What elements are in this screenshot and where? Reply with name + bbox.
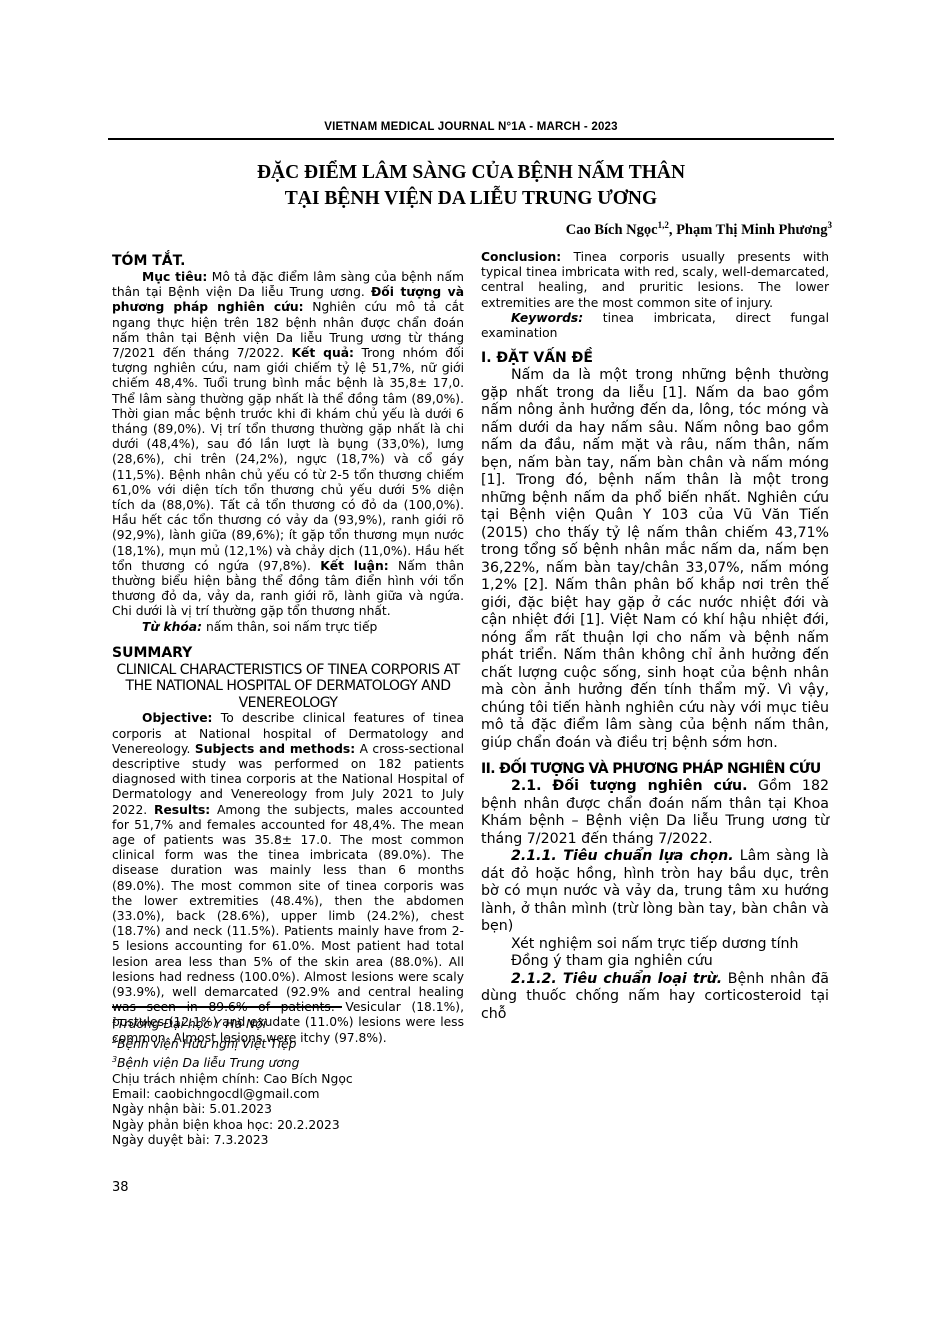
section-2-1: 2.1. Đối tượng nghiên cứu. Gồm 182 bệnh …	[481, 778, 829, 848]
abstract-heading: TÓM TẮT.	[112, 252, 464, 270]
reviewed-date: Ngày phản biện khoa học: 20.2.2023	[112, 1118, 472, 1133]
keywords-en: Keywords: tinea imbricata, direct fungal…	[481, 311, 829, 341]
accepted-date: Ngày duyệt bài: 7.3.2023	[112, 1133, 472, 1148]
header-divider	[108, 138, 834, 140]
results-text: Trong nhóm đối tượng nghiên cứu, nam giớ…	[112, 346, 464, 573]
author-2: Phạm Thị Minh Phương	[676, 222, 827, 238]
summary-conclusion-label: Conclusion:	[481, 250, 561, 264]
title-line-1: ĐẶC ĐIỂM LÂM SÀNG CỦA BỆNH NẤM THÂN	[110, 160, 832, 186]
affiliation-2: 2Bệnh viện Hữu nghị Việt Tiệp	[112, 1033, 472, 1053]
summary-body-continued: Conclusion: Tinea corporis usually prese…	[481, 250, 829, 311]
results-label: Kết quả:	[292, 346, 354, 360]
summary-title: CLINICAL CHARACTERISTICS OF TINEA CORPOR…	[112, 662, 464, 712]
author-separator: ,	[669, 222, 676, 238]
received-date: Ngày nhận bài: 5.01.2023	[112, 1102, 472, 1117]
section-2-1-1: 2.1.1. Tiêu chuẩn lựa chọn. Lâm sàng là …	[481, 848, 829, 936]
footnotes: 1Trường Đại học Y Hà Nội 2Bệnh viện Hữu …	[112, 1013, 472, 1149]
keywords-vi-label: Từ khóa:	[142, 620, 202, 634]
criteria-item-2: Xét nghiệm soi nấm trực tiếp dương tính	[481, 936, 829, 954]
journal-header: VIETNAM MEDICAL JOURNAL N°1A - MARCH - 2…	[110, 121, 832, 133]
section-2-heading: II. ĐỐI TƯỢNG VÀ PHƯƠNG PHÁP NGHIÊN CỨU	[481, 760, 829, 778]
abstract-vi-body: Mục tiêu: Mô tả đặc điểm lâm sàng của bệ…	[112, 270, 464, 620]
left-column: TÓM TẮT. Mục tiêu: Mô tả đặc điểm lâm sà…	[112, 250, 464, 1046]
right-column: Conclusion: Tinea corporis usually prese…	[481, 250, 829, 1023]
article-title: ĐẶC ĐIỂM LÂM SÀNG CỦA BỆNH NẤM THÂN TẠI …	[110, 160, 832, 212]
corresponding-author: Chịu trách nhiệm chính: Cao Bích Ngọc	[112, 1072, 472, 1087]
section-2-1-1-label: 2.1.1. Tiêu chuẩn lựa chọn.	[511, 848, 734, 864]
title-line-2: TẠI BỆNH VIỆN DA LIỄU TRUNG ƯƠNG	[110, 186, 832, 212]
affiliation-1: 1Trường Đại học Y Hà Nội	[112, 1013, 472, 1033]
criteria-item-3: Đồng ý tham gia nghiên cứu	[481, 953, 829, 971]
author-1-affiliation: 1,2	[658, 220, 669, 230]
section-1-heading: I. ĐẶT VẤN ĐỀ	[481, 349, 829, 367]
author-list: Cao Bích Ngọc1,2, Phạm Thị Minh Phương3	[470, 220, 832, 239]
keywords-vi: Từ khóa: nấm thân, soi nấm trực tiếp	[112, 620, 464, 635]
summary-body: Objective: To describe clinical features…	[112, 711, 464, 1045]
section-1-paragraph: Nấm da là một trong những bệnh thường gặ…	[481, 367, 829, 752]
footnote-divider	[112, 1006, 342, 1008]
author-1: Cao Bích Ngọc	[566, 222, 658, 238]
email-link[interactable]: Email: caobichngocdl@gmail.com	[112, 1087, 472, 1102]
summary-results-text: Among the subjects, males accounted for …	[112, 803, 464, 1045]
summary-objective-label: Objective:	[142, 711, 212, 725]
summary-heading: SUMMARY	[112, 644, 464, 662]
section-2-1-2-label: 2.1.2. Tiêu chuẩn loại trừ.	[511, 971, 722, 987]
objective-label: Mục tiêu:	[142, 270, 207, 284]
summary-methods-label: Subjects and methods:	[195, 742, 355, 756]
summary-results-label: Results:	[154, 803, 210, 817]
keywords-vi-text: nấm thân, soi nấm trực tiếp	[202, 620, 377, 634]
conclusion-label: Kết luận:	[320, 559, 388, 573]
section-2-1-2: 2.1.2. Tiêu chuẩn loại trừ. Bệnh nhân đã…	[481, 971, 829, 1024]
affiliation-3: 3Bệnh viện Da liễu Trung ương	[112, 1052, 472, 1072]
keywords-en-label: Keywords:	[511, 311, 583, 325]
author-2-affiliation: 3	[828, 220, 833, 230]
section-2-1-label: 2.1. Đối tượng nghiên cứu.	[511, 778, 747, 794]
page-number: 38	[112, 1180, 129, 1195]
